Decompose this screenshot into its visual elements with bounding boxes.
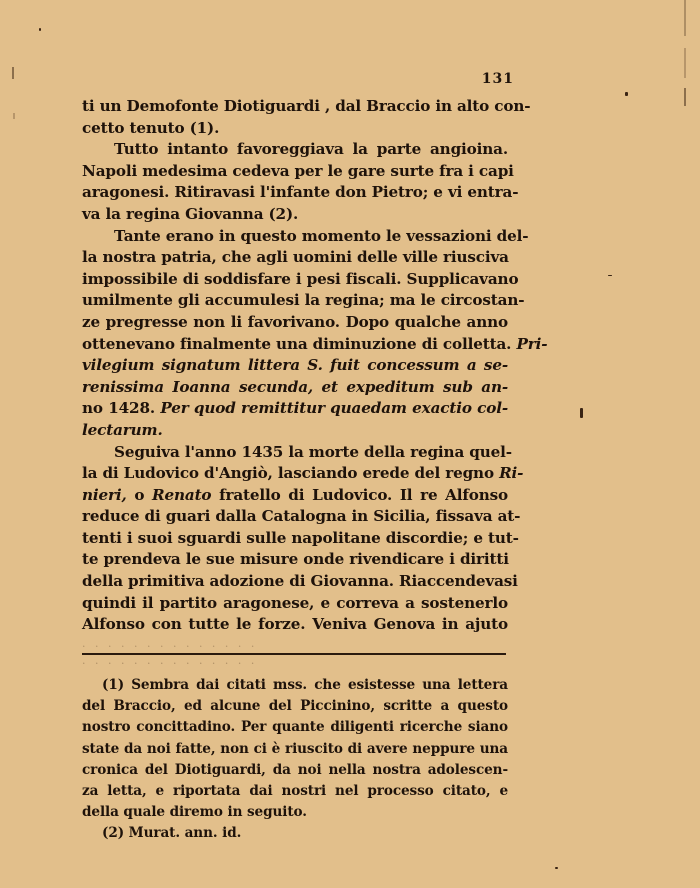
text-line: Tante erano in questo momento le vessazi…	[82, 226, 508, 248]
footnotes: (1) Sembra dai citati mss. che esistesse…	[82, 675, 508, 845]
footnote-line: del Braccio, ed alcune del Piccinino, sc…	[82, 696, 508, 717]
text-line: Napoli medesima cedeva per le gare surte…	[82, 161, 508, 183]
name-italic: Ri-	[499, 464, 523, 482]
text-line: tenti i suoi sguardi sulle napolitane di…	[82, 528, 508, 550]
text-line: Tutto intanto favoreggiava la parte angi…	[82, 139, 508, 161]
footnote-line: nostro concittadino. Per quante diligent…	[82, 717, 508, 738]
text-line: reduce di guari dalla Catalogna in Sicil…	[82, 506, 508, 528]
text-line: Alfonso con tutte le forze. Veniva Genov…	[82, 614, 508, 636]
text-line: impossibile di soddisfare i pesi fiscali…	[82, 269, 508, 291]
text-line: aragonesi. Ritiravasi l'infante don Piet…	[82, 182, 508, 204]
footnote-line: state da noi fatte, non ci è riuscito di…	[82, 739, 508, 760]
text-line: Seguiva l'anno 1435 la morte della regin…	[82, 442, 508, 464]
left-edge-mark	[13, 113, 15, 119]
latin-quote-line: no 1428. Per quod remittitur quaedam exa…	[82, 398, 508, 420]
main-text: ti un Demofonte Diotiguardi , dal Bracci…	[82, 96, 508, 657]
footnote-line: (1) Sembra dai citati mss. che esistesse…	[82, 675, 508, 696]
text-line: umilmente gli accumulesi la regina; ma l…	[82, 290, 508, 312]
latin-quote: Pri-	[516, 335, 547, 353]
right-edge-mark	[684, 48, 686, 78]
bleed-through-text: · · · · · · · · · · · · · ·	[82, 657, 502, 670]
left-edge-mark	[12, 67, 14, 79]
speck	[39, 28, 41, 31]
speck	[580, 408, 583, 418]
text-line: ottenevano finalmente una diminuzione di…	[82, 334, 508, 356]
name-italic: Renato	[152, 486, 211, 504]
scanned-book-page: 131 ti un Demofonte Diotiguardi , dal Br…	[0, 0, 700, 888]
text-line: quindi il partito aragonese, e correva a…	[82, 593, 508, 615]
text-line: ze pregresse non li favorivano. Dopo qua…	[82, 312, 508, 334]
latin-quote-line: lectarum.	[82, 420, 508, 442]
right-edge-mark	[684, 0, 686, 36]
text-line: la di Ludovico d'Angiò, lasciando erede …	[82, 463, 508, 485]
speck	[608, 275, 612, 276]
text-line: va la regina Giovanna (2).	[82, 204, 508, 226]
text-segment: la di Ludovico d'Angiò, lasciando erede …	[82, 464, 494, 482]
name-italic: nieri,	[82, 486, 127, 504]
text-segment: no 1428.	[82, 399, 155, 417]
latin-quote: Per quod remittitur quaedam exactio col-	[160, 399, 508, 417]
speck	[555, 867, 558, 869]
footnote-divider	[82, 653, 506, 655]
text-line: ti un Demofonte Diotiguardi , dal Bracci…	[82, 96, 508, 118]
text-segment: ottenevano finalmente una diminuzione di…	[82, 335, 511, 353]
text-line: la nostra patria, che agli uomini delle …	[82, 247, 508, 269]
latin-quote-line: renissima Ioanna secunda, et expeditum s…	[82, 377, 508, 399]
text-line: della primitiva adozione di Giovanna. Ri…	[82, 571, 508, 593]
latin-quote-line: vilegium signatum littera S. fuit conces…	[82, 355, 508, 377]
text-segment: fratello di Ludovico. Il re Alfonso	[219, 486, 508, 504]
footnote-line: cronica del Diotiguardi, da noi nella no…	[82, 760, 508, 781]
text-line: te prendeva le sue misure onde rivendica…	[82, 549, 508, 571]
page-number: 131	[466, 71, 514, 87]
text-line: nieri, o Renato fratello di Ludovico. Il…	[82, 485, 508, 507]
text-line: cetto tenuto (1).	[82, 118, 508, 140]
footnote-line: (2) Murat. ann. id.	[82, 823, 508, 844]
latin-quote: lectarum.	[82, 421, 163, 439]
footnote-line: za letta, e riportata dai nostri nel pro…	[82, 781, 508, 802]
text-segment: o	[134, 486, 144, 504]
speck	[625, 92, 628, 96]
footnote-line: della quale diremo in seguito.	[82, 802, 508, 823]
right-edge-mark	[684, 88, 686, 106]
